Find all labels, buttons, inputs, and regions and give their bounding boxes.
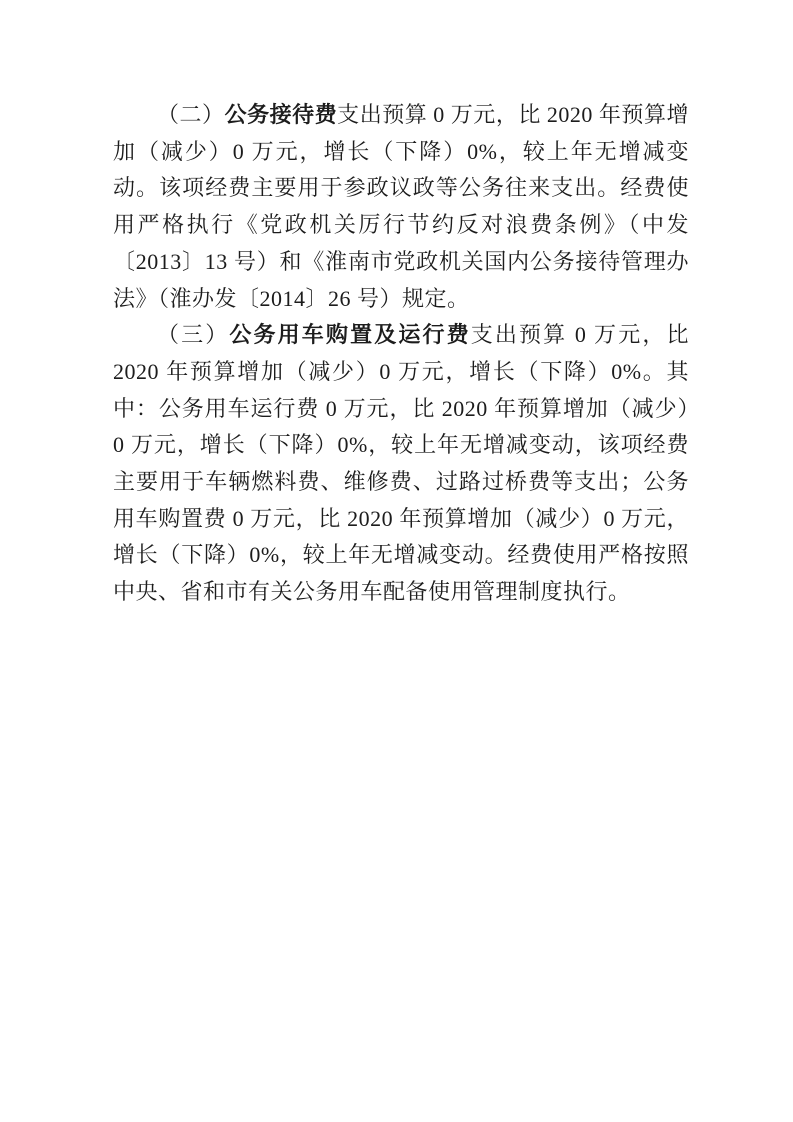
document-page: （二）公务接待费支出预算 0 万元，比 2020 年预算增加（减少）0 万元，增…: [0, 0, 793, 1122]
paragraph-official-reception-expense: （二）公务接待费支出预算 0 万元，比 2020 年预算增加（减少）0 万元，增…: [113, 97, 689, 317]
paragraph-label: （二）: [157, 102, 225, 127]
paragraph-label: （三）: [157, 322, 229, 347]
paragraph-heading: 公务用车购置及运行费: [229, 322, 470, 347]
paragraph-official-vehicle-expense: （三）公务用车购置及运行费支出预算 0 万元，比 2020 年预算增加（减少）0…: [113, 317, 689, 611]
paragraph-body-text: 支出预算 0 万元，比 2020 年预算增加（减少）0 万元，增长（下降）0%，…: [113, 102, 689, 311]
paragraph-body-text: 支出预算 0 万元，比 2020 年预算增加（减少）0 万元，增长（下降）0%。…: [113, 322, 689, 604]
document-body: （二）公务接待费支出预算 0 万元，比 2020 年预算增加（减少）0 万元，增…: [113, 97, 689, 611]
paragraph-heading: 公务接待费: [225, 102, 338, 127]
